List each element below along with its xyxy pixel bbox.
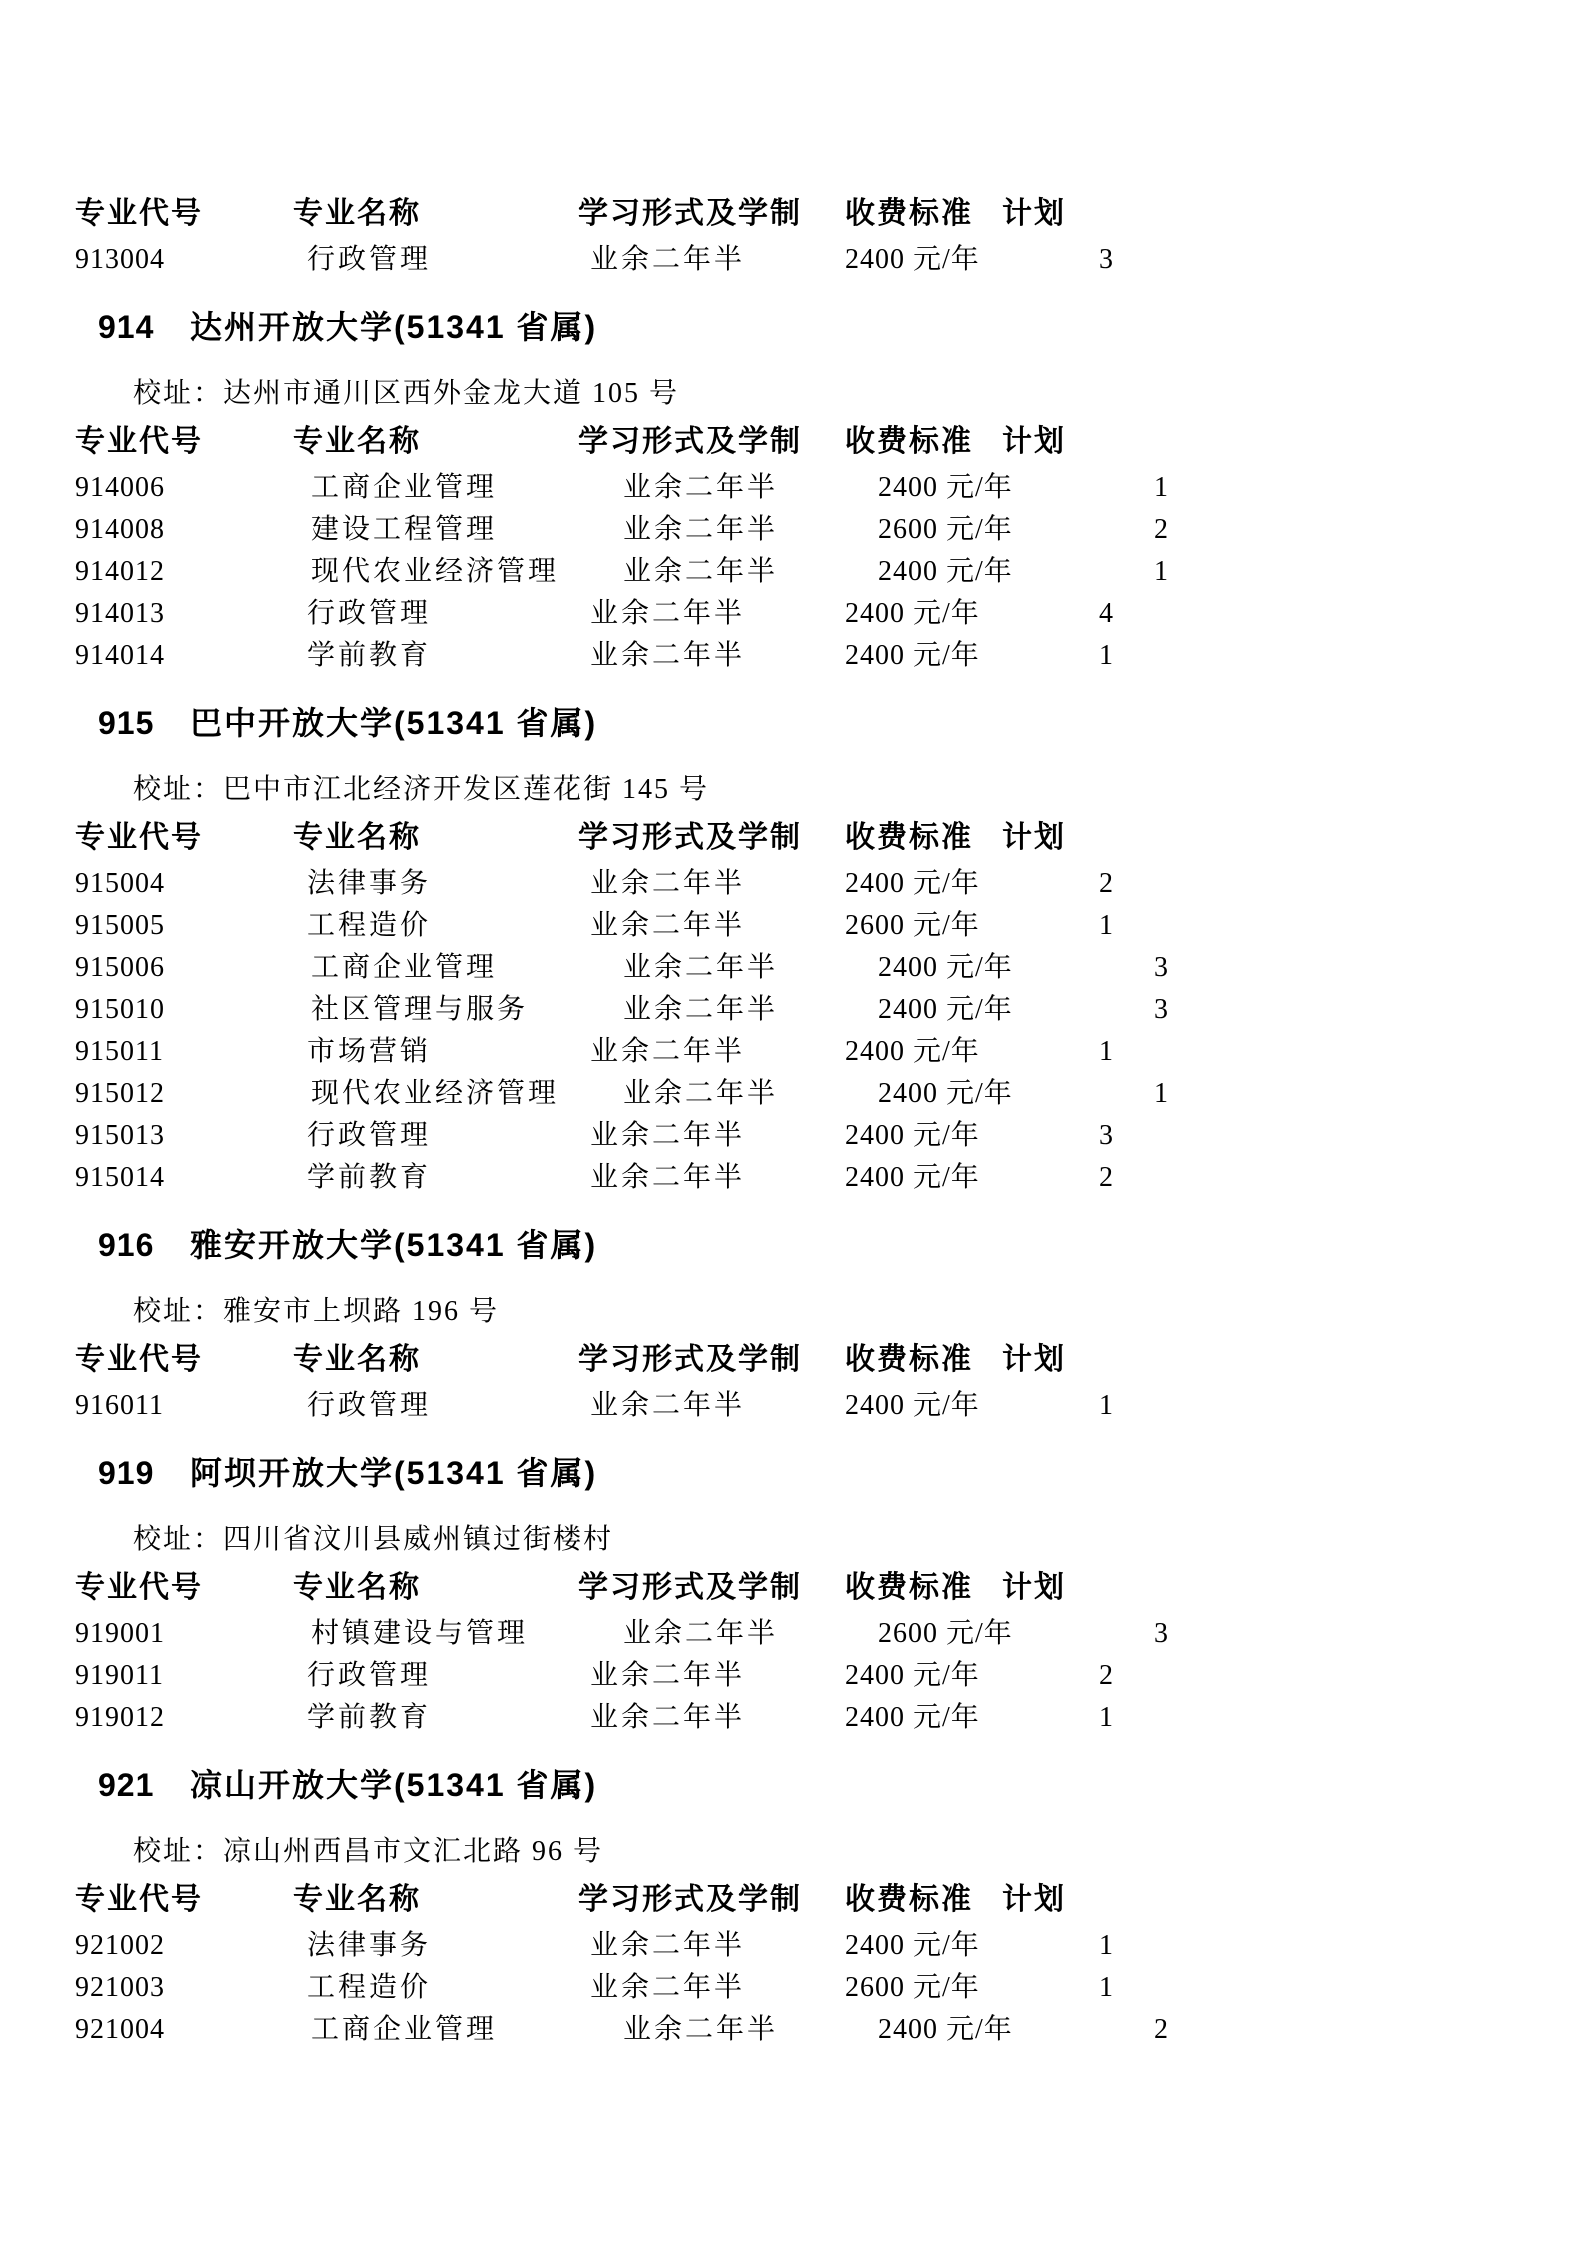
cell-plan-count: 3 xyxy=(1062,239,1150,281)
column-header-form: 学习形式及学制 xyxy=(578,1567,802,1609)
section-title: 915巴中开放大学(51341 省属) xyxy=(0,700,1587,746)
column-header-code: 专业代号 xyxy=(75,421,203,463)
section-school-name: 达州开放大学(51341 省属) xyxy=(190,304,597,350)
cell-study-form: 业余二年半 xyxy=(590,1697,745,1739)
section-number: 915 xyxy=(98,700,154,746)
cell-major-code: 914008 xyxy=(75,509,165,551)
table-row: 919001村镇建设与管理业余二年半2600 元/年3 xyxy=(0,1613,1587,1655)
cell-study-form: 业余二年半 xyxy=(590,593,745,635)
table-header: 专业代号专业名称学习形式及学制收费标准计划 xyxy=(0,817,1587,859)
table-row: 915005工程造价业余二年半2600 元/年1 xyxy=(0,905,1587,947)
column-header-name: 专业名称 xyxy=(293,817,421,859)
table-row: 921003工程造价业余二年半2600 元/年1 xyxy=(0,1967,1587,2009)
section-school-name: 凉山开放大学(51341 省属) xyxy=(190,1762,597,1808)
table-row: 919012学前教育业余二年半2400 元/年1 xyxy=(0,1697,1587,1739)
column-header-name: 专业名称 xyxy=(293,1567,421,1609)
column-header-form: 学习形式及学制 xyxy=(578,1879,802,1921)
cell-study-form: 业余二年半 xyxy=(590,1031,745,1073)
table-header: 专业代号专业名称学习形式及学制收费标准计划 xyxy=(0,1879,1587,1921)
cell-major-name: 法律事务 xyxy=(307,863,431,905)
cell-plan-count: 2 xyxy=(1117,2009,1205,2051)
cell-major-name: 社区管理与服务 xyxy=(311,989,528,1031)
cell-major-code: 914006 xyxy=(75,467,165,509)
column-header-code: 专业代号 xyxy=(75,1879,203,1921)
cell-plan-count: 1 xyxy=(1062,905,1150,947)
cell-major-code: 915010 xyxy=(75,989,165,1031)
cell-major-name: 行政管理 xyxy=(307,1385,431,1427)
column-header-form: 学习形式及学制 xyxy=(578,1339,802,1381)
document-page: 专业代号专业名称学习形式及学制收费标准计划913004行政管理业余二年半2400… xyxy=(0,0,1587,2245)
cell-study-form: 业余二年半 xyxy=(623,1613,778,1655)
column-header-plan: 计划 xyxy=(1002,1567,1066,1609)
cell-plan-count: 3 xyxy=(1117,1613,1205,1655)
cell-major-code: 919012 xyxy=(75,1697,165,1739)
cell-major-code: 919011 xyxy=(75,1655,164,1697)
cell-major-code: 914012 xyxy=(75,551,165,593)
cell-fee-standard: 2400 元/年 xyxy=(878,467,1013,509)
section-school-name: 雅安开放大学(51341 省属) xyxy=(190,1222,597,1268)
table-row: 915013行政管理业余二年半2400 元/年3 xyxy=(0,1115,1587,1157)
cell-fee-standard: 2400 元/年 xyxy=(878,947,1013,989)
cell-major-code: 914014 xyxy=(75,635,165,677)
section-title: 916雅安开放大学(51341 省属) xyxy=(0,1222,1587,1268)
cell-major-name: 法律事务 xyxy=(307,1925,431,1967)
cell-major-name: 市场营销 xyxy=(307,1031,431,1073)
cell-major-code: 915012 xyxy=(75,1073,165,1115)
cell-major-name: 行政管理 xyxy=(307,1655,431,1697)
cell-major-code: 915011 xyxy=(75,1031,164,1073)
column-header-plan: 计划 xyxy=(1002,817,1066,859)
cell-major-name: 学前教育 xyxy=(307,635,431,677)
cell-plan-count: 3 xyxy=(1117,947,1205,989)
cell-plan-count: 1 xyxy=(1117,551,1205,593)
cell-fee-standard: 2400 元/年 xyxy=(845,593,980,635)
section-title: 914达州开放大学(51341 省属) xyxy=(0,304,1587,350)
cell-major-code: 914013 xyxy=(75,593,165,635)
column-header-code: 专业代号 xyxy=(75,1567,203,1609)
cell-major-code: 915006 xyxy=(75,947,165,989)
table-row: 914014学前教育业余二年半2400 元/年1 xyxy=(0,635,1587,677)
cell-study-form: 业余二年半 xyxy=(590,1157,745,1199)
school-address: 校址：达州市通川区西外金龙大道 105 号 xyxy=(0,373,1587,415)
cell-fee-standard: 2400 元/年 xyxy=(878,1073,1013,1115)
cell-study-form: 业余二年半 xyxy=(590,1385,745,1427)
school-address: 校址：四川省汶川县威州镇过街楼村 xyxy=(0,1519,1587,1561)
cell-study-form: 业余二年半 xyxy=(623,947,778,989)
table-row: 915006工商企业管理业余二年半2400 元/年3 xyxy=(0,947,1587,989)
cell-major-name: 建设工程管理 xyxy=(311,509,497,551)
cell-plan-count: 2 xyxy=(1062,863,1150,905)
cell-plan-count: 4 xyxy=(1062,593,1150,635)
cell-plan-count: 2 xyxy=(1062,1157,1150,1199)
school-address: 校址：凉山州西昌市文汇北路 96 号 xyxy=(0,1831,1587,1873)
column-header-form: 学习形式及学制 xyxy=(578,817,802,859)
cell-major-name: 工商企业管理 xyxy=(311,467,497,509)
column-header-name: 专业名称 xyxy=(293,193,421,235)
cell-major-name: 行政管理 xyxy=(307,239,431,281)
table-row: 915004法律事务业余二年半2400 元/年2 xyxy=(0,863,1587,905)
cell-major-code: 915014 xyxy=(75,1157,165,1199)
section-title: 921凉山开放大学(51341 省属) xyxy=(0,1762,1587,1808)
cell-major-code: 919001 xyxy=(75,1613,165,1655)
cell-study-form: 业余二年半 xyxy=(623,551,778,593)
cell-study-form: 业余二年半 xyxy=(590,863,745,905)
column-header-fee: 收费标准 xyxy=(845,193,973,235)
cell-major-code: 916011 xyxy=(75,1385,164,1427)
cell-study-form: 业余二年半 xyxy=(623,2009,778,2051)
cell-plan-count: 1 xyxy=(1117,1073,1205,1115)
cell-fee-standard: 2400 元/年 xyxy=(878,551,1013,593)
table-header: 专业代号专业名称学习形式及学制收费标准计划 xyxy=(0,1567,1587,1609)
cell-study-form: 业余二年半 xyxy=(590,1967,745,2009)
cell-fee-standard: 2400 元/年 xyxy=(845,1115,980,1157)
cell-fee-standard: 2400 元/年 xyxy=(845,1655,980,1697)
cell-fee-standard: 2600 元/年 xyxy=(845,1967,980,2009)
column-header-fee: 收费标准 xyxy=(845,421,973,463)
cell-study-form: 业余二年半 xyxy=(590,635,745,677)
cell-plan-count: 1 xyxy=(1062,635,1150,677)
column-header-name: 专业名称 xyxy=(293,1879,421,1921)
column-header-fee: 收费标准 xyxy=(845,1879,973,1921)
cell-major-code: 915013 xyxy=(75,1115,165,1157)
school-address: 校址：雅安市上坝路 196 号 xyxy=(0,1291,1587,1333)
cell-study-form: 业余二年半 xyxy=(590,239,745,281)
cell-study-form: 业余二年半 xyxy=(590,905,745,947)
table-row: 915011市场营销业余二年半2400 元/年1 xyxy=(0,1031,1587,1073)
cell-fee-standard: 2600 元/年 xyxy=(878,1613,1013,1655)
cell-study-form: 业余二年半 xyxy=(623,1073,778,1115)
section-school-name: 巴中开放大学(51341 省属) xyxy=(190,700,597,746)
cell-study-form: 业余二年半 xyxy=(590,1115,745,1157)
column-header-fee: 收费标准 xyxy=(845,1567,973,1609)
cell-major-code: 921003 xyxy=(75,1967,165,2009)
cell-fee-standard: 2400 元/年 xyxy=(845,1697,980,1739)
cell-study-form: 业余二年半 xyxy=(623,989,778,1031)
cell-fee-standard: 2400 元/年 xyxy=(845,1031,980,1073)
section-number: 916 xyxy=(98,1222,154,1268)
cell-plan-count: 2 xyxy=(1062,1655,1150,1697)
table-row: 914008建设工程管理业余二年半2600 元/年2 xyxy=(0,509,1587,551)
table-row: 914012现代农业经济管理业余二年半2400 元/年1 xyxy=(0,551,1587,593)
cell-major-code: 921004 xyxy=(75,2009,165,2051)
cell-fee-standard: 2400 元/年 xyxy=(845,1385,980,1427)
school-address: 校址：巴中市江北经济开发区莲花街 145 号 xyxy=(0,769,1587,811)
cell-plan-count: 1 xyxy=(1062,1967,1150,2009)
cell-major-name: 现代农业经济管理 xyxy=(311,551,559,593)
table-header: 专业代号专业名称学习形式及学制收费标准计划 xyxy=(0,193,1587,235)
cell-fee-standard: 2400 元/年 xyxy=(845,239,980,281)
column-header-fee: 收费标准 xyxy=(845,817,973,859)
table-row: 914006工商企业管理业余二年半2400 元/年1 xyxy=(0,467,1587,509)
cell-major-code: 915005 xyxy=(75,905,165,947)
table-row: 915010社区管理与服务业余二年半2400 元/年3 xyxy=(0,989,1587,1031)
cell-major-name: 行政管理 xyxy=(307,1115,431,1157)
cell-fee-standard: 2400 元/年 xyxy=(845,1157,980,1199)
section-number: 914 xyxy=(98,304,154,350)
column-header-plan: 计划 xyxy=(1002,193,1066,235)
table-row: 921004工商企业管理业余二年半2400 元/年2 xyxy=(0,2009,1587,2051)
cell-fee-standard: 2400 元/年 xyxy=(845,863,980,905)
table-row: 915014学前教育业余二年半2400 元/年2 xyxy=(0,1157,1587,1199)
column-header-form: 学习形式及学制 xyxy=(578,193,802,235)
section-number: 921 xyxy=(98,1762,154,1808)
cell-plan-count: 3 xyxy=(1062,1115,1150,1157)
cell-plan-count: 1 xyxy=(1062,1385,1150,1427)
column-header-code: 专业代号 xyxy=(75,193,203,235)
cell-study-form: 业余二年半 xyxy=(590,1925,745,1967)
cell-major-name: 村镇建设与管理 xyxy=(311,1613,528,1655)
cell-fee-standard: 2600 元/年 xyxy=(845,905,980,947)
column-header-name: 专业名称 xyxy=(293,421,421,463)
section-number: 919 xyxy=(98,1450,154,1496)
cell-fee-standard: 2400 元/年 xyxy=(878,2009,1013,2051)
cell-fee-standard: 2400 元/年 xyxy=(878,989,1013,1031)
column-header-name: 专业名称 xyxy=(293,1339,421,1381)
cell-fee-standard: 2400 元/年 xyxy=(845,1925,980,1967)
cell-major-name: 工商企业管理 xyxy=(311,947,497,989)
column-header-plan: 计划 xyxy=(1002,421,1066,463)
cell-fee-standard: 2400 元/年 xyxy=(845,635,980,677)
cell-major-name: 工程造价 xyxy=(307,1967,431,2009)
cell-plan-count: 1 xyxy=(1062,1925,1150,1967)
section-school-name: 阿坝开放大学(51341 省属) xyxy=(190,1450,597,1496)
column-header-fee: 收费标准 xyxy=(845,1339,973,1381)
section-title: 919阿坝开放大学(51341 省属) xyxy=(0,1450,1587,1496)
column-header-form: 学习形式及学制 xyxy=(578,421,802,463)
cell-major-name: 工程造价 xyxy=(307,905,431,947)
cell-major-name: 现代农业经济管理 xyxy=(311,1073,559,1115)
cell-study-form: 业余二年半 xyxy=(623,509,778,551)
cell-plan-count: 3 xyxy=(1117,989,1205,1031)
cell-major-code: 921002 xyxy=(75,1925,165,1967)
cell-plan-count: 1 xyxy=(1062,1697,1150,1739)
table-row: 921002法律事务业余二年半2400 元/年1 xyxy=(0,1925,1587,1967)
table-row: 919011行政管理业余二年半2400 元/年2 xyxy=(0,1655,1587,1697)
column-header-plan: 计划 xyxy=(1002,1879,1066,1921)
cell-study-form: 业余二年半 xyxy=(623,467,778,509)
column-header-code: 专业代号 xyxy=(75,817,203,859)
table-row: 916011行政管理业余二年半2400 元/年1 xyxy=(0,1385,1587,1427)
cell-major-name: 学前教育 xyxy=(307,1697,431,1739)
cell-fee-standard: 2600 元/年 xyxy=(878,509,1013,551)
cell-major-name: 行政管理 xyxy=(307,593,431,635)
cell-major-code: 913004 xyxy=(75,239,165,281)
cell-major-name: 学前教育 xyxy=(307,1157,431,1199)
cell-plan-count: 1 xyxy=(1117,467,1205,509)
column-header-plan: 计划 xyxy=(1002,1339,1066,1381)
table-row: 913004行政管理业余二年半2400 元/年3 xyxy=(0,239,1587,281)
cell-study-form: 业余二年半 xyxy=(590,1655,745,1697)
cell-plan-count: 2 xyxy=(1117,509,1205,551)
cell-major-code: 915004 xyxy=(75,863,165,905)
table-header: 专业代号专业名称学习形式及学制收费标准计划 xyxy=(0,1339,1587,1381)
table-row: 914013行政管理业余二年半2400 元/年4 xyxy=(0,593,1587,635)
table-header: 专业代号专业名称学习形式及学制收费标准计划 xyxy=(0,421,1587,463)
cell-major-name: 工商企业管理 xyxy=(311,2009,497,2051)
cell-plan-count: 1 xyxy=(1062,1031,1150,1073)
table-row: 915012现代农业经济管理业余二年半2400 元/年1 xyxy=(0,1073,1587,1115)
column-header-code: 专业代号 xyxy=(75,1339,203,1381)
